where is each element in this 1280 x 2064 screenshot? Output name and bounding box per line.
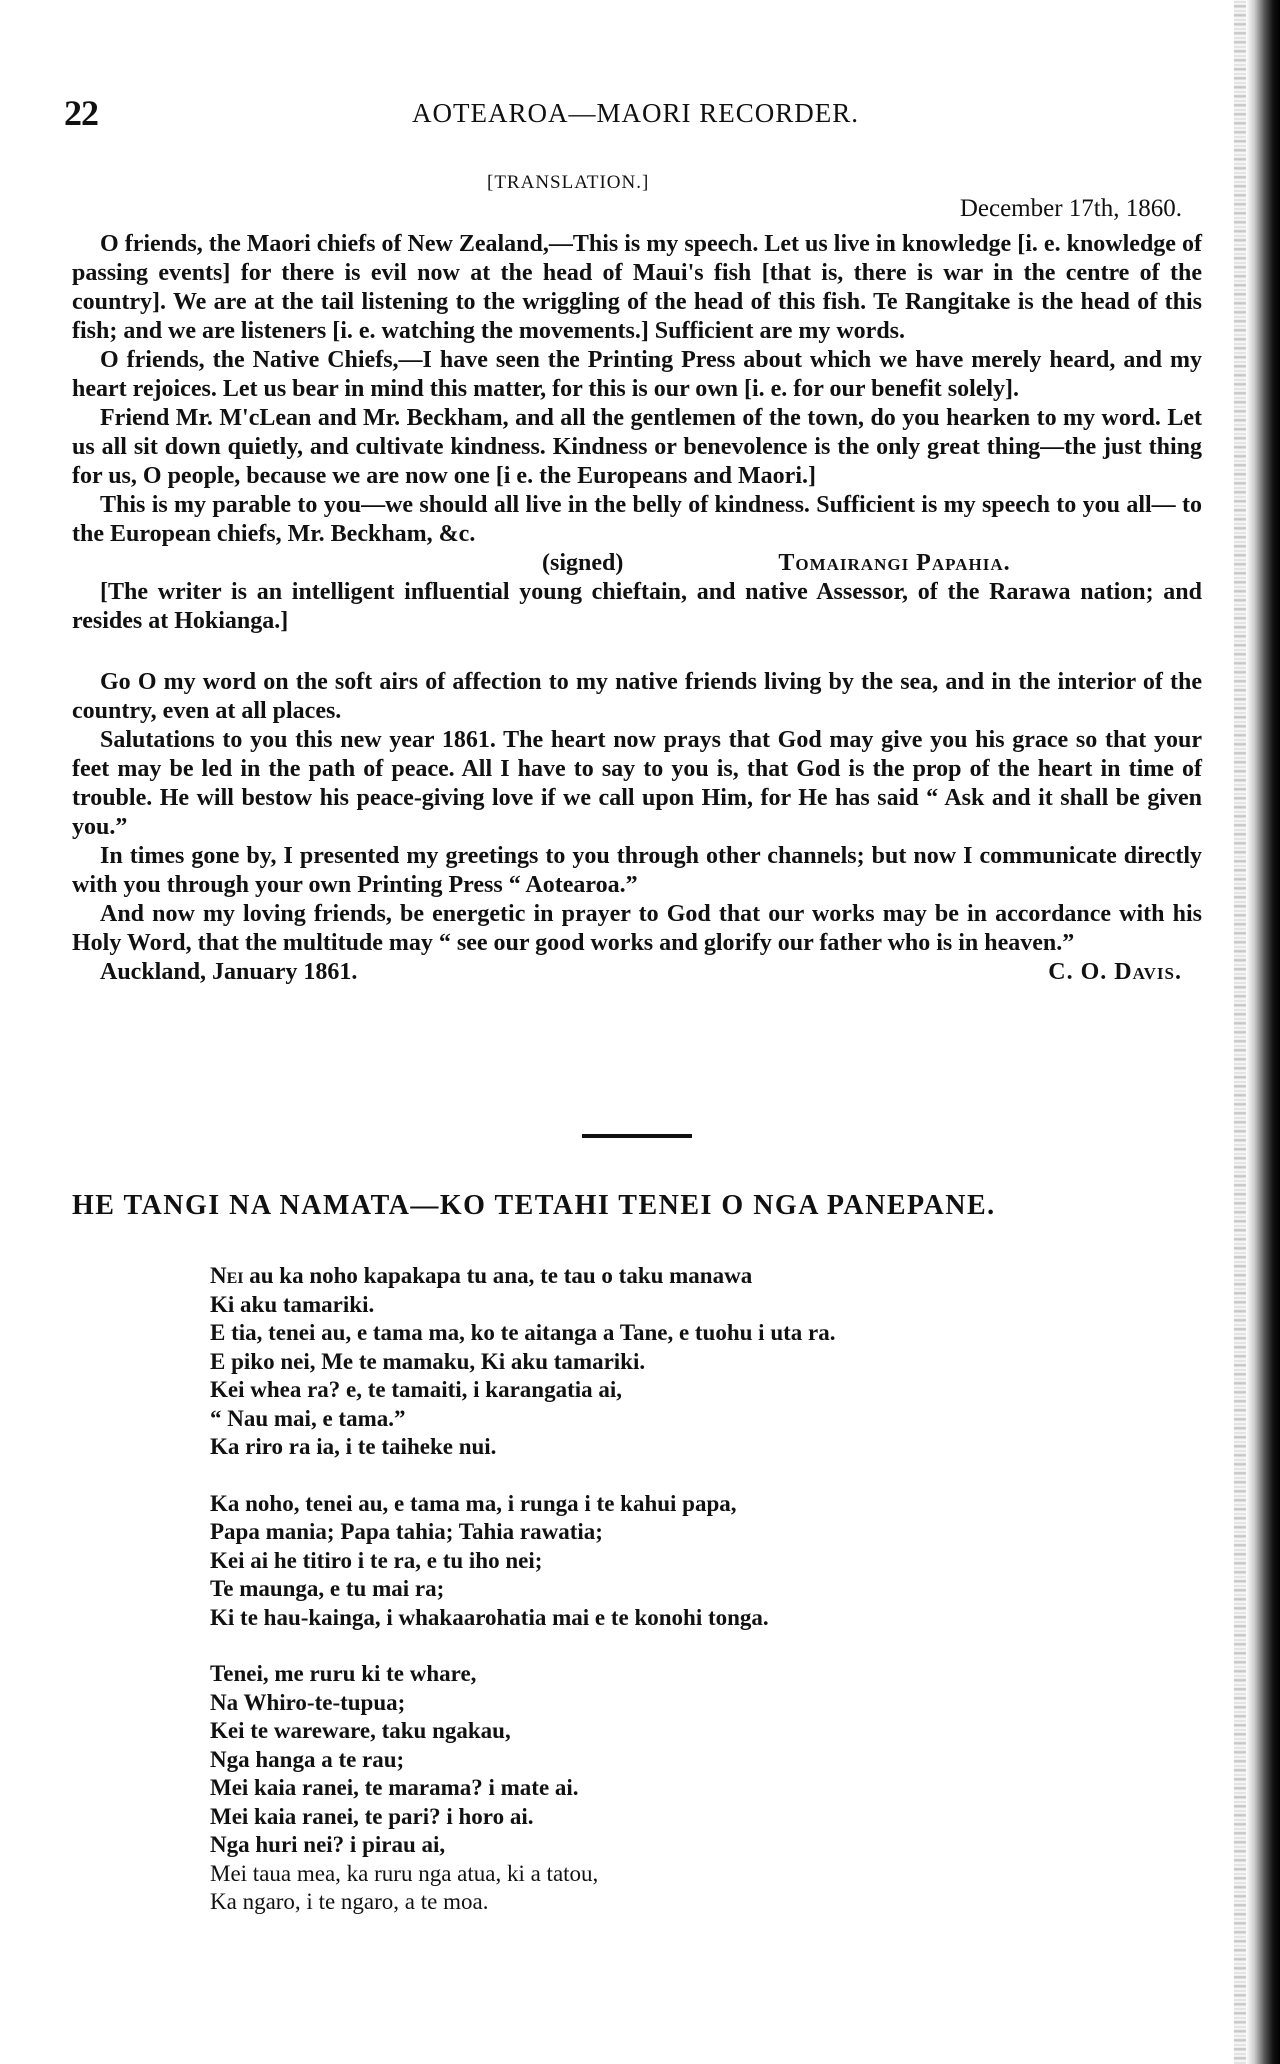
poem-line: Na Whiro-te-tupua; — [210, 1689, 835, 1718]
running-title: AOTEAROA—MAORI RECORDER. — [412, 98, 859, 129]
poem-line: Ki aku tamariki. — [210, 1291, 835, 1320]
poem-line: Kei ai he titiro i te ra, e tu iho nei; — [210, 1547, 835, 1576]
poem-line: E piko nei, Me te mamaku, Ki aku tamarik… — [210, 1348, 835, 1377]
paragraph: And now my loving friends, be energetic … — [72, 900, 1202, 958]
poem: Nei au ka noho kapakapa tu ana, te tau o… — [210, 1262, 835, 1945]
poem-title: HE TANGI NA NAMATA—KO TETAHI TENEI O NGA… — [72, 1190, 996, 1222]
poem-line: Nga hanga a te rau; — [210, 1746, 835, 1775]
poem-line: “ Nau mai, e tama.” — [210, 1405, 835, 1434]
editor-note: [The writer is an intelligent influentia… — [72, 578, 1202, 636]
signed-label: (signed) — [542, 549, 623, 578]
paragraph: O friends, the Native Chiefs,—I have see… — [72, 346, 1202, 404]
poem-line: Papa mania; Papa tahia; Tahia rawatia; — [210, 1518, 835, 1547]
author-name: C. O. Davis. — [1048, 958, 1182, 987]
section-divider — [582, 1134, 692, 1138]
letters-body: O friends, the Maori chiefs of New Zeala… — [72, 230, 1202, 987]
poem-line: Mei kaia ranei, te marama? i mate ai. — [210, 1774, 835, 1803]
poem-line: Kei te wareware, taku ngakau, — [210, 1717, 835, 1746]
poem-line: Mei taua mea, ka ruru nga atua, ki a tat… — [210, 1860, 835, 1889]
page-header: 22 AOTEAROA—MAORI RECORDER. — [72, 92, 1202, 132]
place-date: Auckland, January 1861. — [100, 958, 357, 987]
poem-line: Nga huri nei? i pirau ai, — [210, 1831, 835, 1860]
poem-line: Ka ngaro, i te ngaro, a te moa. — [210, 1888, 835, 1917]
poem-line: Nei au ka noho kapakapa tu ana, te tau o… — [210, 1262, 835, 1291]
paragraph: This is my parable to you—we should all … — [72, 491, 1202, 549]
paragraph: O friends, the Maori chiefs of New Zeala… — [72, 230, 1202, 346]
poem-line: Kei whea ra? e, te tamaiti, i karangatia… — [210, 1376, 835, 1405]
closing-line: Auckland, January 1861. C. O. Davis. — [72, 958, 1202, 987]
poem-stanza: Tenei, me ruru ki te whare, Na Whiro-te-… — [210, 1660, 835, 1917]
poem-stanza: Nei au ka noho kapakapa tu ana, te tau o… — [210, 1262, 835, 1462]
poem-line: Tenei, me ruru ki te whare, — [210, 1660, 835, 1689]
poem-line: Ka riro ra ia, i te taiheke nui. — [210, 1433, 835, 1462]
poem-line: Ka noho, tenei au, e tama ma, i runga i … — [210, 1490, 835, 1519]
poem-line: E tia, tenei au, e tama ma, ko te aitang… — [210, 1319, 835, 1348]
poem-line: Te maunga, e tu mai ra; — [210, 1575, 835, 1604]
paragraph: Salutations to you this new year 1861. T… — [72, 726, 1202, 842]
poem-line: Ki te hau-kainga, i whakaarohatia mai e … — [210, 1604, 835, 1633]
poem-line-text: au ka noho kapakapa tu ana, te tau o tak… — [244, 1263, 753, 1288]
poem-first-word: Nei — [210, 1263, 244, 1288]
paragraph: Go O my word on the soft airs of affecti… — [72, 668, 1202, 726]
letter-date: December 17th, 1860. — [960, 195, 1182, 223]
document-page: 22 AOTEAROA—MAORI RECORDER. [TRANSLATION… — [72, 92, 1202, 132]
poem-line: Mei kaia ranei, te pari? i horo ai. — [210, 1803, 835, 1832]
signatory-name: Tomairangi Papahia. — [778, 549, 1010, 578]
translation-label: [TRANSLATION.] — [487, 172, 649, 194]
signature-line: (signed) Tomairangi Papahia. — [72, 549, 1202, 578]
poem-stanza: Ka noho, tenei au, e tama ma, i runga i … — [210, 1490, 835, 1633]
page-number: 22 — [64, 92, 98, 134]
scan-page-edge — [1246, 0, 1280, 2064]
paragraph: Friend Mr. M'cLean and Mr. Beckham, and … — [72, 404, 1202, 491]
spacer — [72, 636, 1202, 668]
paragraph: In times gone by, I presented my greetin… — [72, 842, 1202, 900]
